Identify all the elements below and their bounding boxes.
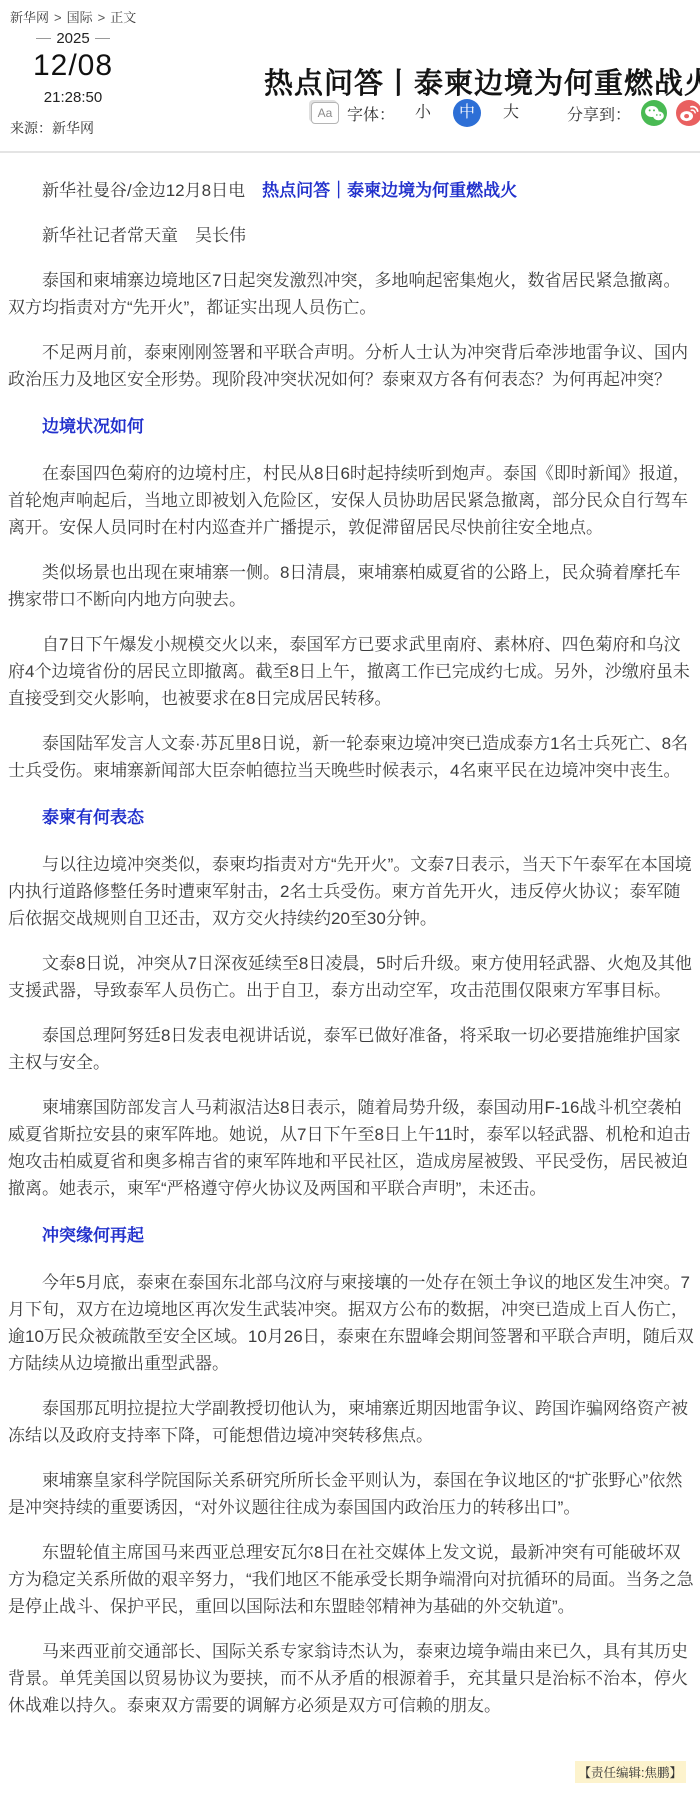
article-paragraph: 新华社记者常天童 吴长伟 [8,222,694,249]
weibo-icon[interactable] [676,100,700,126]
breadcrumb-separator: > [98,10,106,25]
font-size-label: 字体： [347,102,395,125]
date-year-row: 2025 [14,30,132,47]
article-paragraph: 在泰国四色菊府的边境村庄，村民从8日6时起持续听到炮声。泰国《即时新闻》报道，首… [8,460,694,541]
article-paragraph: 泰国那瓦明拉提拉大学副教授切他认为，柬埔寨近期因地雷争议、跨国诈骗网络资产被冻结… [8,1395,694,1449]
article-paragraph: 自7日下午爆发小规模交火以来，泰国军方已要求武里南府、素林府、四色菊府和乌汶府4… [8,631,694,712]
article-paragraph: 文泰8日说，冲突从7日深夜延续至8日凌晨，5时后升级。柬方使用轻武器、火炮及其他… [8,950,694,1004]
article-paragraph: 柬埔寨国防部发言人马莉淑洁达8日表示，随着局势升级，泰国动用F-16战斗机空袭柏… [8,1094,694,1202]
article-inline-link[interactable]: 热点问答｜泰柬边境为何重燃战火 [262,181,517,200]
article-paragraph: 柬埔寨皇家科学院国际关系研究所所长金平则认为，泰国在争议地区的“扩张野心”依然是… [8,1467,694,1521]
section-heading: 泰柬有何表态 [8,804,694,831]
share-label: 分享到： [567,102,631,125]
article-paragraph: 不足两月前，泰柬刚刚签署和平联合声明。分析人士认为冲突背后牵涉地雷争议、国内政治… [8,339,694,393]
breadcrumb-home[interactable]: 新华网 [10,10,49,25]
date-time: 21:28:50 [14,89,132,106]
year-dash-right [95,38,110,39]
font-size-medium-button[interactable]: 中 [453,99,481,127]
source-row: 来源：新华网 [10,118,94,138]
date-monthday: 12/08 [14,50,132,82]
article-body: 新华社曼谷/金边12月8日电热点问答｜泰柬边境为何重燃战火新华社记者常天童 吴长… [0,153,700,1719]
year-dash-left [36,38,51,39]
article-paragraph: 泰国总理阿努廷8日发表电视讲话说，泰军已做好准备，将采取一切必要措施维护国家主权… [8,1022,694,1076]
source-value[interactable]: 新华网 [52,120,94,136]
article-paragraph: 与以往边境冲突类似，泰柬均指责对方“先开火”。文泰7日表示，当天下午泰军在本国境… [8,851,694,932]
font-size-icon: Aa [311,102,339,124]
toolbar: Aa 字体： 小 中 大 分享到： [311,99,700,127]
article-page: 新华网>国际>正文 2025 12/08 21:28:50 来源：新华网 热点问… [0,0,700,1795]
page-title: 热点问答丨泰柬边境为何重燃战火 [264,61,700,102]
breadcrumb-current: 正文 [110,10,136,25]
date-year: 2025 [56,30,89,47]
article-paragraph: 东盟轮值主席国马来西亚总理安瓦尔8日在社交媒体上发文说，最新冲突有可能破坏双方为… [8,1539,694,1620]
editor-credit: 【责任编辑:焦鹏】 [575,1761,686,1783]
dateline-text: 新华社曼谷/金边12月8日电 [42,181,245,200]
article-paragraph: 类似场景也出现在柬埔寨一侧。8日清晨，柬埔寨柏威夏省的公路上，民众骑着摩托车携家… [8,559,694,613]
breadcrumb-section[interactable]: 国际 [67,10,93,25]
article-paragraph: 今年5月底，泰柬在泰国东北部乌汶府与柬接壤的一处存在领土争议的地区发生冲突。7月… [8,1269,694,1377]
article-footer: 【责任编辑:焦鹏】 [0,1761,700,1795]
breadcrumb-separator: > [54,10,62,25]
article-paragraph: 马来西亚前交通部长、国际关系专家翁诗杰认为，泰柬边境争端由来已久，具有其历史背景… [8,1638,694,1719]
article-paragraph: 泰国和柬埔寨边境地区7日起突发激烈冲突，多地响起密集炮火，数省居民紧急撤离。双方… [8,267,694,321]
font-size-large-button[interactable]: 大 [497,99,525,127]
source-label: 来源： [10,120,52,136]
section-heading: 边境状况如何 [8,413,694,440]
font-size-small-button[interactable]: 小 [409,99,437,127]
section-heading: 冲突缘何再起 [8,1222,694,1249]
article-header: 新华网>国际>正文 2025 12/08 21:28:50 来源：新华网 热点问… [0,0,700,153]
date-block: 2025 12/08 21:28:50 [14,30,132,106]
wechat-icon[interactable] [641,100,667,126]
article-paragraph: 泰国陆军发言人文泰·苏瓦里8日说，新一轮泰柬边境冲突已造成泰方1名士兵死亡、8名… [8,730,694,784]
breadcrumb: 新华网>国际>正文 [10,7,136,26]
dateline-paragraph: 新华社曼谷/金边12月8日电热点问答｜泰柬边境为何重燃战火 [8,177,694,204]
